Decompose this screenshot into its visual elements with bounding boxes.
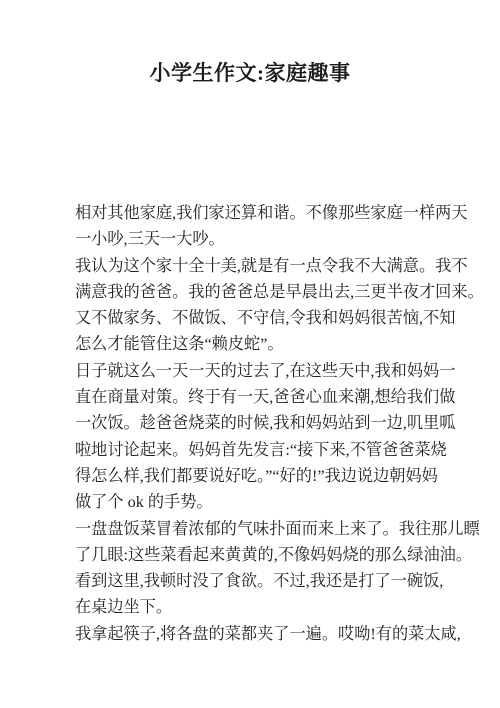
document-page: 小学生作文:家庭趣事 相对其他家庭,我们家还算和谐。不像那些家庭一样两天 一小吵… [0, 0, 500, 708]
essay-line: 一次饭。趁爸爸烧菜的时候,我和妈妈站到一边,叽里呱 [75, 410, 475, 436]
essay-line: 在桌边坐下。 [75, 594, 475, 620]
essay-body: 相对其他家庭,我们家还算和谐。不像那些家庭一样两天 一小吵,三天一大吵。 我认为… [75, 200, 475, 647]
essay-line: 啦地讨论起来。妈妈首先发言:“接下来,不管爸爸菜烧 [75, 437, 475, 463]
essay-line: 直在商量对策。终于有一天,爸爸心血来潮,想给我们做 [75, 384, 475, 410]
essay-line: 得怎么样,我们都要说好吃。”“好的!”我边说边朝妈妈 [75, 463, 475, 489]
essay-line: 一盘盘饭菜冒着浓郁的气味扑面而来上来了。我往那儿瞟 [75, 516, 475, 542]
essay-title: 小学生作文:家庭趣事 [0, 61, 500, 85]
essay-line: 怎么才能管住这条“赖皮蛇”。 [75, 331, 475, 357]
essay-line: 一小吵,三天一大吵。 [75, 226, 475, 252]
essay-line: 满意我的爸爸。我的爸爸总是早晨出去,三更半夜才回来。 [75, 279, 475, 305]
essay-line: 相对其他家庭,我们家还算和谐。不像那些家庭一样两天 [75, 200, 475, 226]
essay-line: 看到这里,我顿时没了食欲。不过,我还是打了一碗饭, [75, 568, 475, 594]
essay-line: 我拿起筷子,将各盘的菜都夹了一遍。哎呦!有的菜太咸, [75, 621, 475, 647]
essay-line: 我认为这个家十全十美,就是有一点令我不大满意。我不 [75, 253, 475, 279]
essay-line: 又不做家务、不做饭、不守信,令我和妈妈很苦恼,不知 [75, 305, 475, 331]
essay-line: 日子就这么一天一天的过去了,在这些天中,我和妈妈一 [75, 358, 475, 384]
essay-line: 了几眼:这些菜看起来黄黄的,不像妈妈烧的那么绿油油。 [75, 542, 475, 568]
essay-line: 做了个 ok 的手势。 [75, 489, 475, 515]
